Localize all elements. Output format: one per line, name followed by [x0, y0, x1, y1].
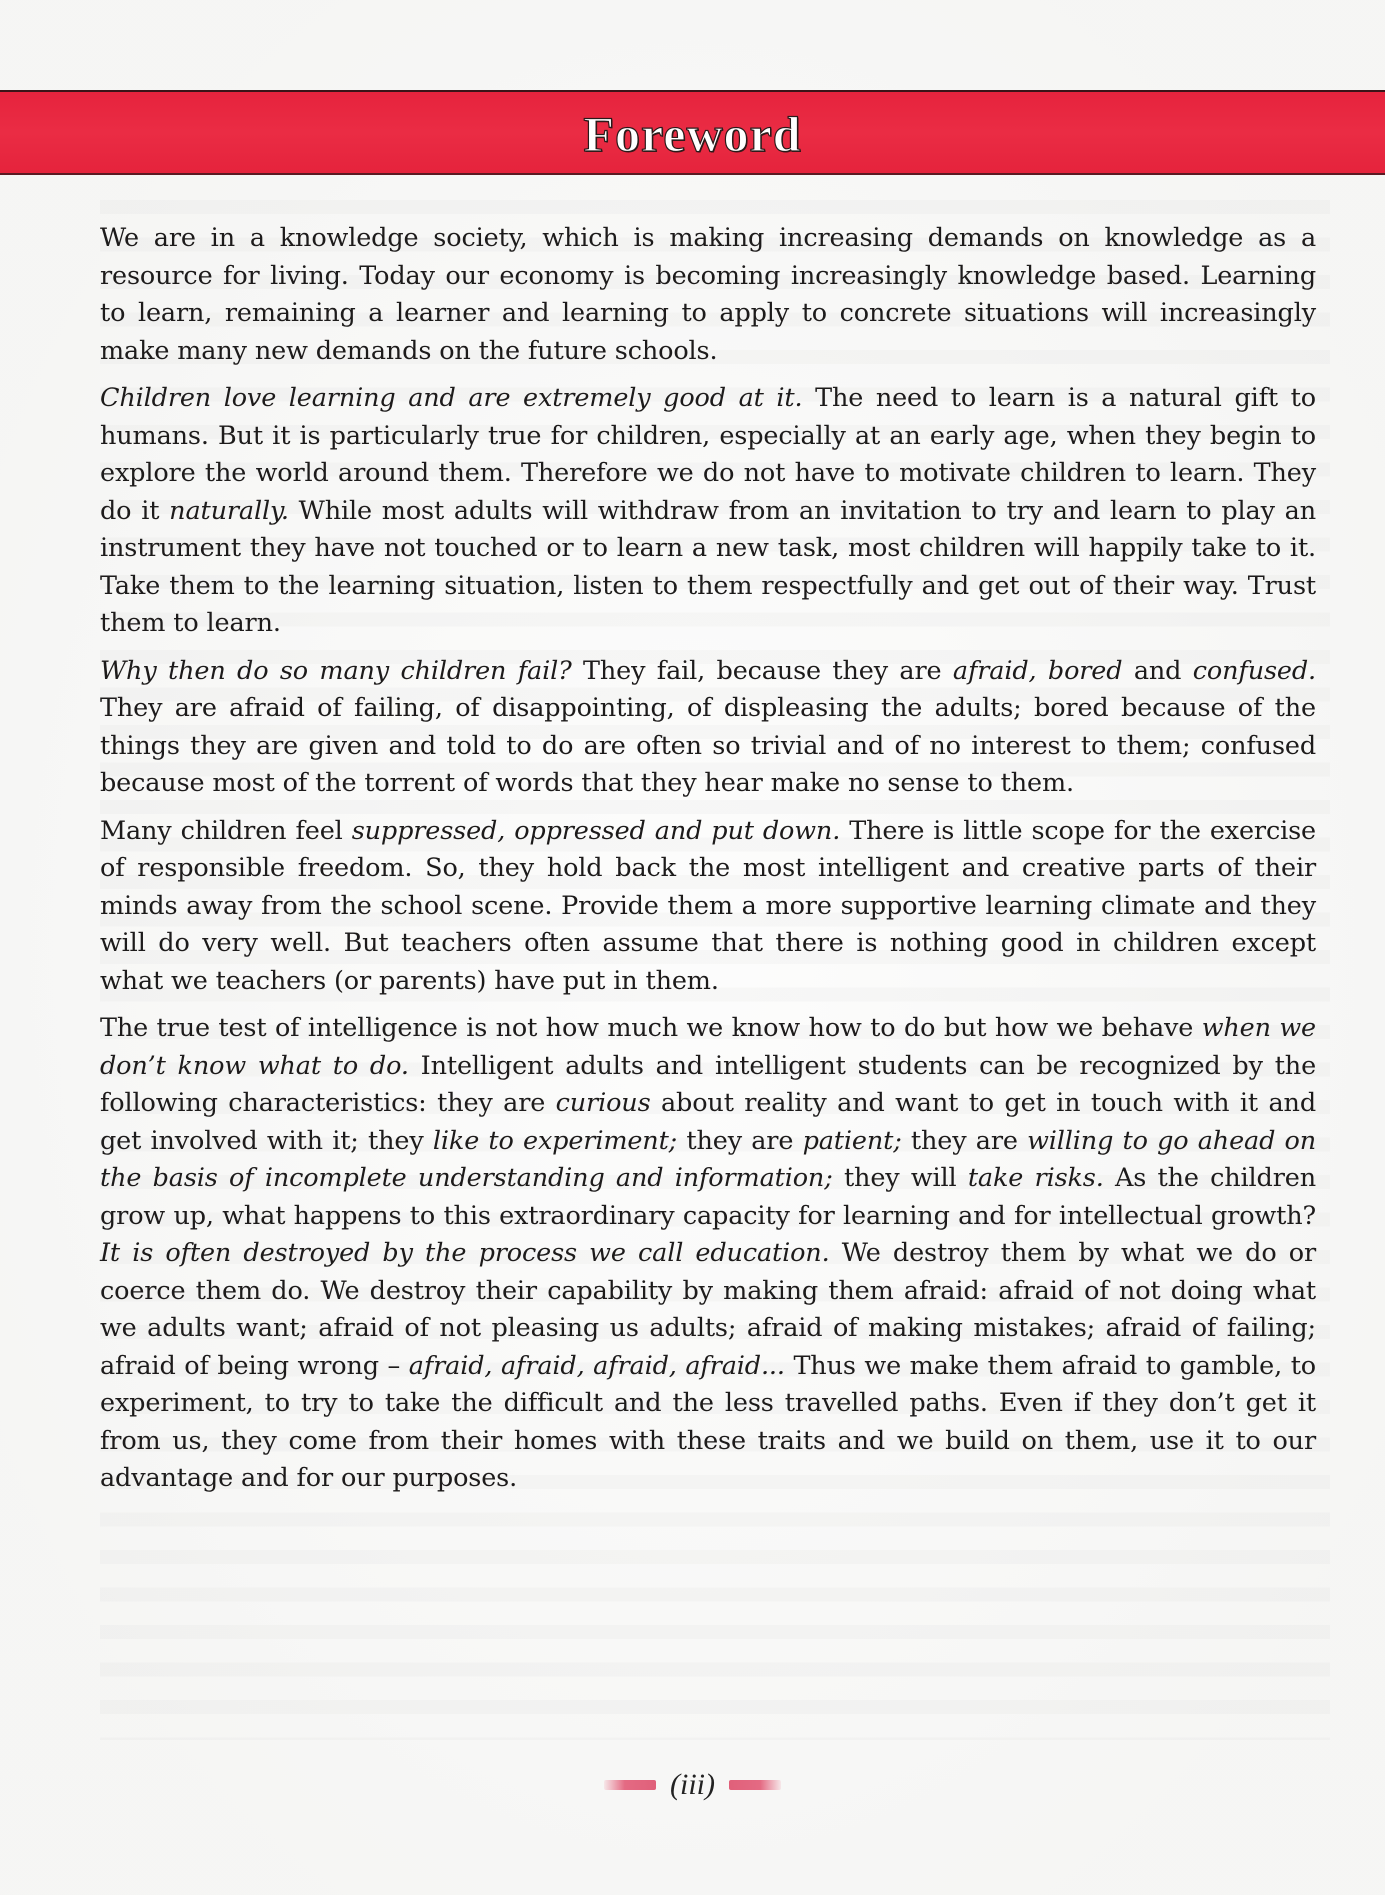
footer-ornament-right: [729, 1780, 781, 1790]
text-run-italic: curious: [556, 1088, 651, 1118]
text-run: We are in a knowledge society, which is …: [100, 223, 1316, 366]
text-run-italic: confused.: [1193, 656, 1316, 686]
text-run: They fail, because they are: [572, 656, 953, 686]
page-footer: (iii): [0, 1768, 1385, 1802]
title-band: Foreword: [0, 90, 1385, 175]
text-run: they are: [677, 1126, 802, 1156]
page-title: Foreword: [583, 105, 801, 163]
text-run: Many children feel: [100, 816, 352, 846]
text-run-italic: It is often destroyed by the process we …: [100, 1238, 830, 1268]
page-number: (iii): [670, 1768, 715, 1802]
text-run-italic: Why then do so many children fail?: [100, 656, 572, 686]
text-run-italic: patient;: [803, 1126, 902, 1156]
text-run-italic: like to experiment;: [433, 1126, 677, 1156]
text-run-italic: Children love learning and are extremely…: [100, 383, 802, 413]
text-run-italic: suppressed, oppressed and put down.: [352, 816, 840, 846]
paragraph: Children love learning and are extremely…: [100, 380, 1316, 643]
paragraph: We are in a knowledge society, which is …: [100, 220, 1316, 370]
text-run: they are: [902, 1126, 1027, 1156]
text-run: The true test of intelligence is not how…: [100, 1013, 1202, 1043]
text-run: They are afraid of failing, of disappoin…: [100, 693, 1316, 798]
paragraph: Many children feel suppressed, oppressed…: [100, 813, 1316, 1001]
text-run-italic: afraid, bored: [953, 656, 1123, 686]
paragraph: The true test of intelligence is not how…: [100, 1010, 1316, 1498]
text-run-italic: naturally.: [169, 496, 289, 526]
text-run-italic: take risks.: [968, 1163, 1104, 1193]
text-run: and: [1122, 656, 1192, 686]
text-run: they will: [833, 1163, 968, 1193]
text-run-italic: afraid, afraid, afraid, afraid...: [409, 1351, 785, 1381]
body-content: We are in a knowledge society, which is …: [100, 220, 1316, 1508]
paragraph: Why then do so many children fail? They …: [100, 653, 1316, 803]
footer-ornament-left: [604, 1780, 656, 1790]
